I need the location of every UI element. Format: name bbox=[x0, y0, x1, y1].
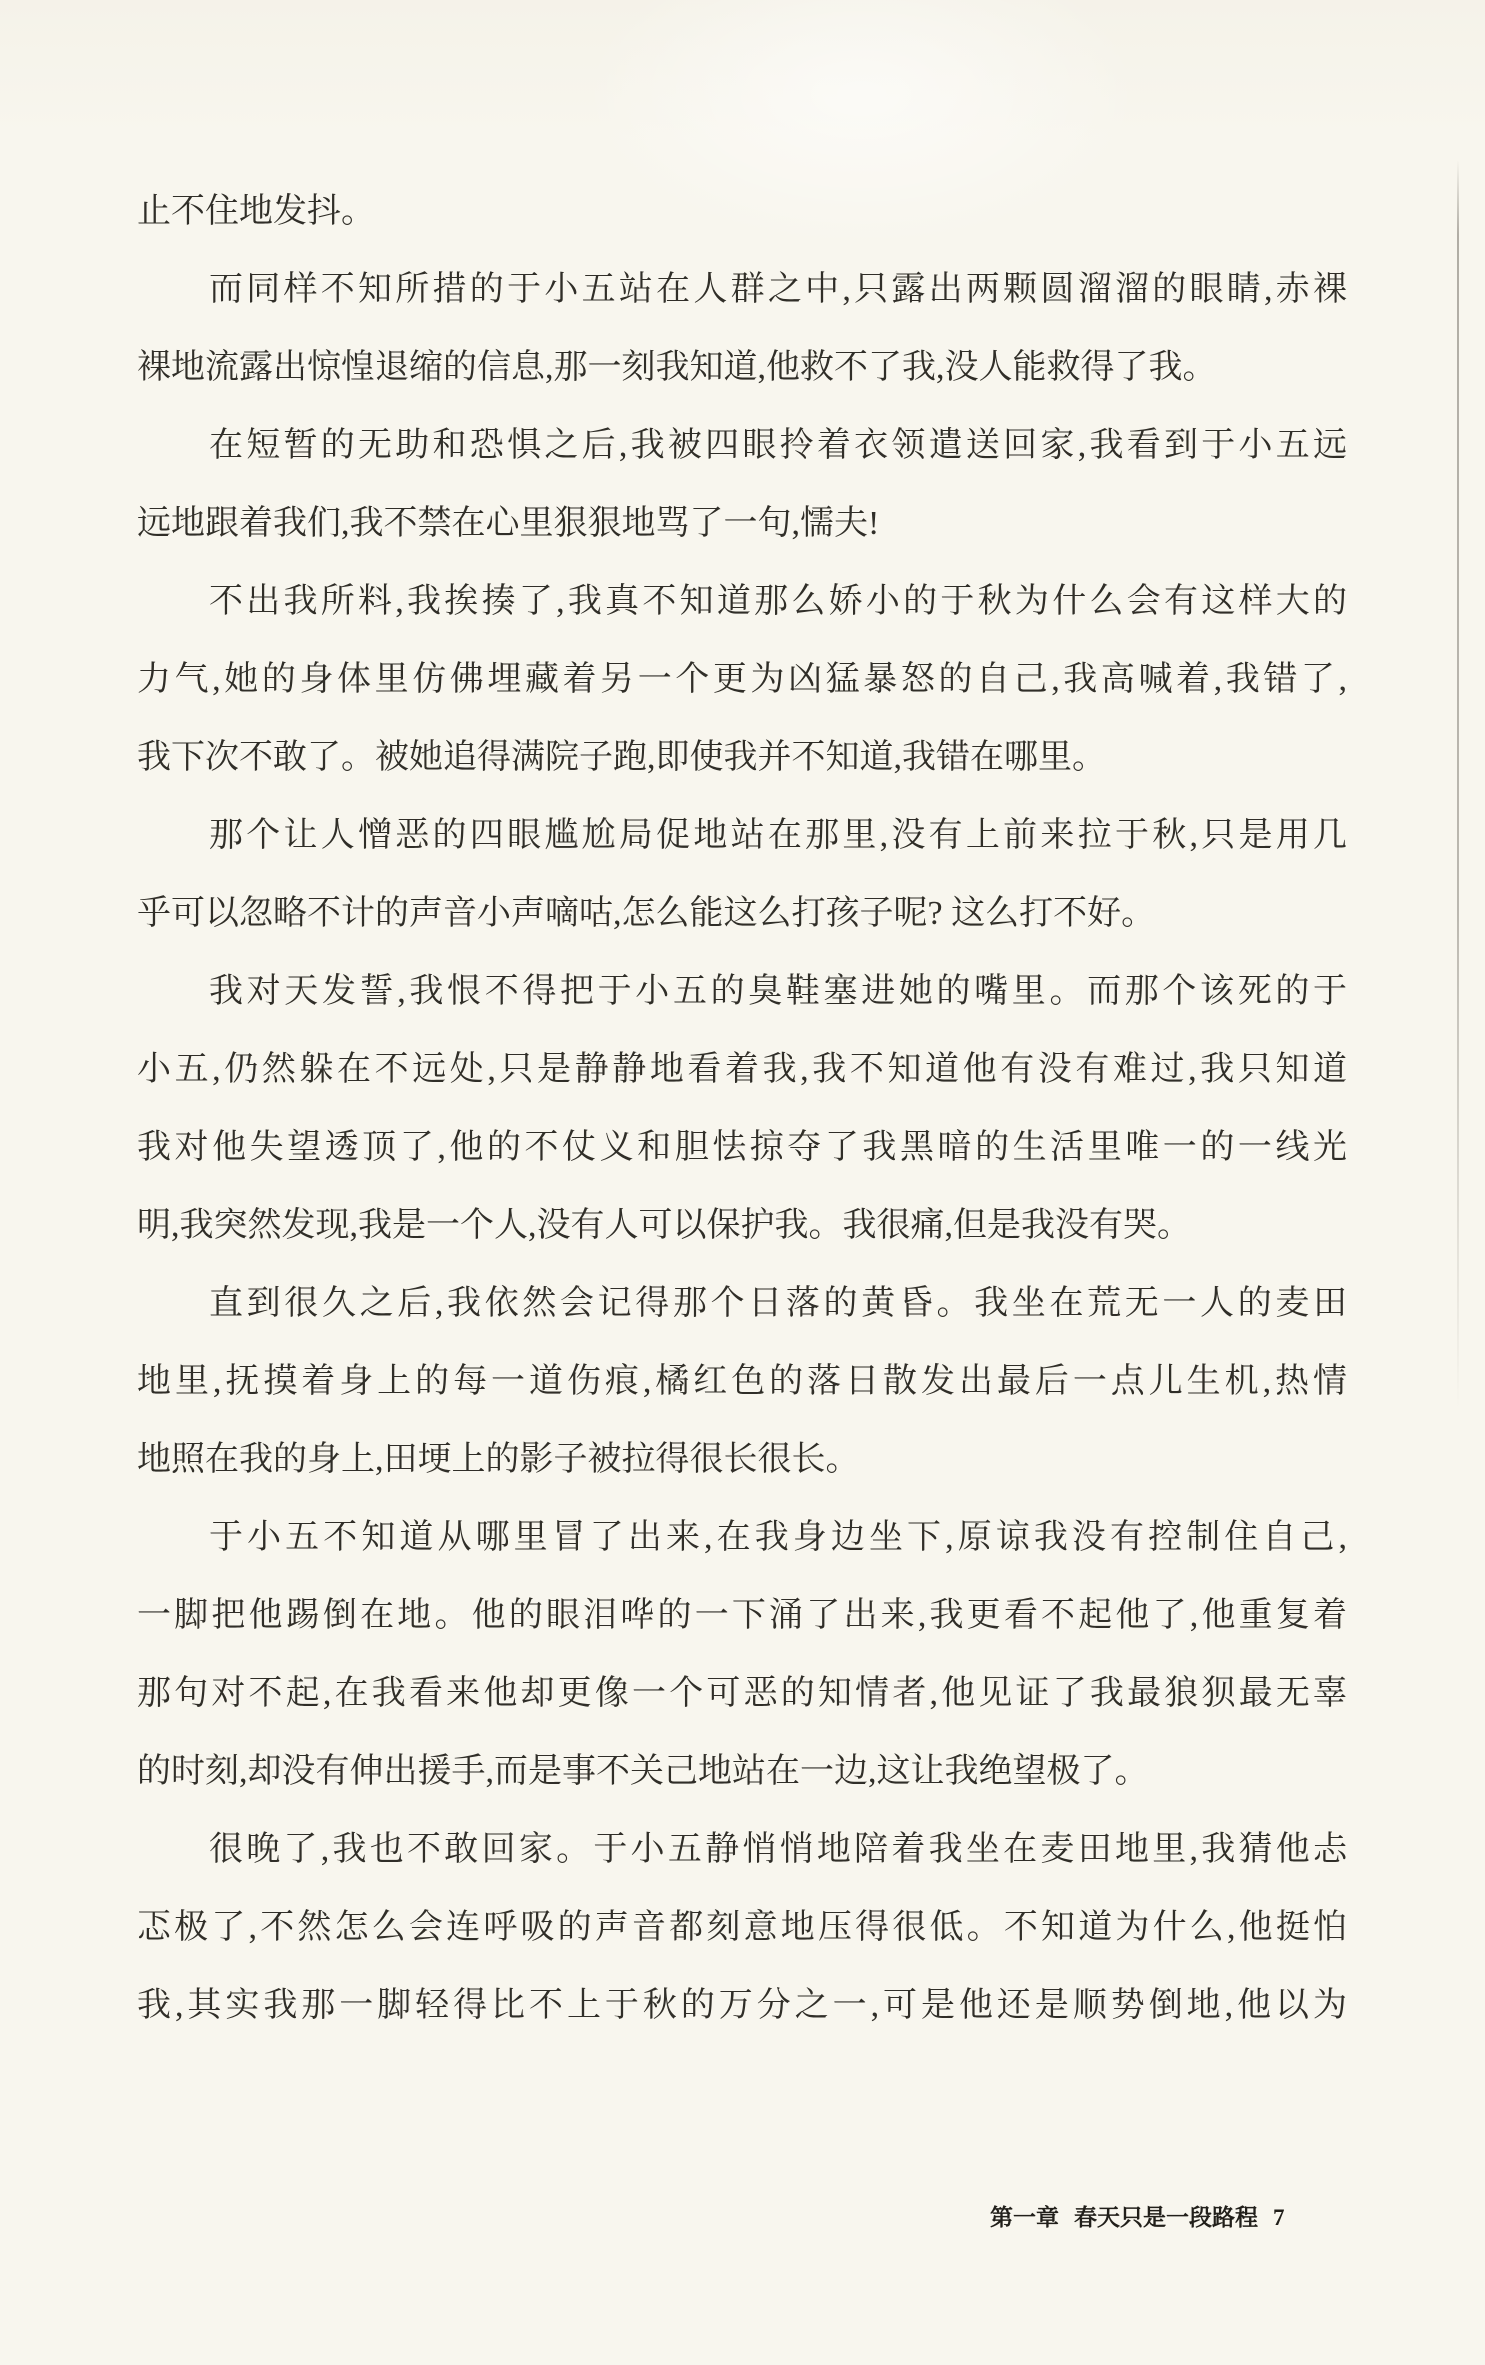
text-line: 很晚了,我也不敢回家。于小五静悄悄地陪着我坐在麦田地里,我猜他忐 bbox=[137, 1811, 1347, 1889]
text-line: 一脚把他踢倒在地。他的眼泪哗的一下涌了出来,我更看不起他了,他重复着 bbox=[137, 1577, 1347, 1655]
book-page: 止不住地发抖。而同样不知所措的于小五站在人群之中,只露出两颗圆溜溜的眼睛,赤裸裸… bbox=[0, 0, 1485, 2365]
footer-chapter: 第一章 bbox=[990, 2204, 1059, 2232]
text-line: 我,其实我那一脚轻得比不上于秋的万分之一,可是他还是顺势倒地,他以为 bbox=[137, 1967, 1347, 2045]
text-line: 小五,仍然躲在不远处,只是静静地看着我,我不知道他有没有难过,我只知道 bbox=[137, 1031, 1347, 1109]
text-line: 远地跟着我们,我不禁在心里狠狠地骂了一句,懦夫! bbox=[137, 485, 1347, 563]
text-line: 忑极了,不然怎么会连呼吸的声音都刻意地压得很低。不知道为什么,他挺怕 bbox=[137, 1889, 1347, 1967]
text-line: 止不住地发抖。 bbox=[137, 173, 1347, 251]
text-line: 裸地流露出惊惶退缩的信息,那一刻我知道,他救不了我,没人能救得了我。 bbox=[137, 329, 1347, 407]
scan-crease-line bbox=[1457, 160, 1459, 1410]
text-line: 我下次不敢了。被她追得满院子跑,即使我并不知道,我错在哪里。 bbox=[137, 719, 1347, 797]
text-line: 那句对不起,在我看来他却更像一个可恶的知情者,他见证了我最狼狈最无辜 bbox=[137, 1655, 1347, 1733]
text-line: 我对他失望透顶了,他的不仗义和胆怯掠夺了我黑暗的生活里唯一的一线光 bbox=[137, 1109, 1347, 1187]
page-footer: 第一章 春天只是一段路程 7 bbox=[990, 2204, 1285, 2232]
footer-section-title: 春天只是一段路程 bbox=[1074, 2204, 1258, 2232]
text-line: 地照在我的身上,田埂上的影子被拉得很长很长。 bbox=[137, 1421, 1347, 1499]
text-line: 的时刻,却没有伸出援手,而是事不关己地站在一边,这让我绝望极了。 bbox=[137, 1733, 1347, 1811]
text-line: 于小五不知道从哪里冒了出来,在我身边坐下,原谅我没有控制住自己, bbox=[137, 1499, 1347, 1577]
text-line: 在短暂的无助和恐惧之后,我被四眼拎着衣领遣送回家,我看到于小五远 bbox=[137, 407, 1347, 485]
text-line: 直到很久之后,我依然会记得那个日落的黄昏。我坐在荒无一人的麦田 bbox=[137, 1265, 1347, 1343]
text-line: 明,我突然发现,我是一个人,没有人可以保护我。我很痛,但是我没有哭。 bbox=[137, 1187, 1347, 1265]
text-line: 力气,她的身体里仿佛埋藏着另一个更为凶猛暴怒的自己,我高喊着,我错了, bbox=[137, 641, 1347, 719]
text-line: 而同样不知所措的于小五站在人群之中,只露出两颗圆溜溜的眼睛,赤裸 bbox=[137, 251, 1347, 329]
text-line: 地里,抚摸着身上的每一道伤痕,橘红色的落日散发出最后一点儿生机,热情 bbox=[137, 1343, 1347, 1421]
text-line: 不出我所料,我挨揍了,我真不知道那么娇小的于秋为什么会有这样大的 bbox=[137, 563, 1347, 641]
body-text: 止不住地发抖。而同样不知所措的于小五站在人群之中,只露出两颗圆溜溜的眼睛,赤裸裸… bbox=[137, 173, 1347, 2045]
text-line: 乎可以忽略不计的声音小声嘀咕,怎么能这么打孩子呢? 这么打不好。 bbox=[137, 875, 1347, 953]
footer-page-number: 7 bbox=[1273, 2204, 1285, 2232]
text-line: 那个让人憎恶的四眼尴尬局促地站在那里,没有上前来拉于秋,只是用几 bbox=[137, 797, 1347, 875]
text-line: 我对天发誓,我恨不得把于小五的臭鞋塞进她的嘴里。而那个该死的于 bbox=[137, 953, 1347, 1031]
